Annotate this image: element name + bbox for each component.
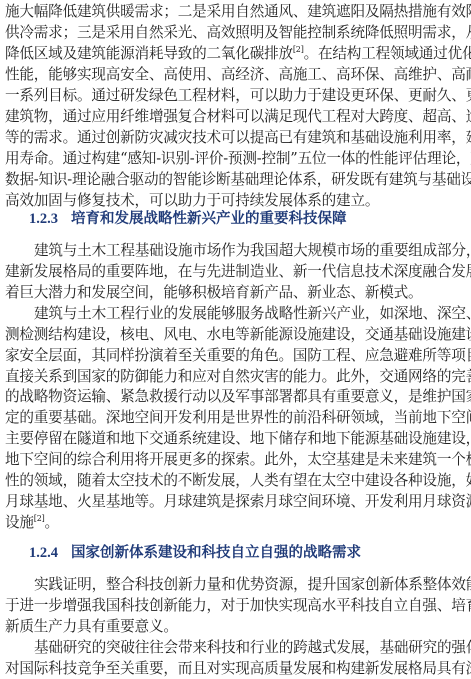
text-line: 的战略物资运输、紧急救援行动以及军事部署都具有重要意义，是维护国家安全稳 [5,386,467,408]
text-line: 定的重要基础。深地空间开发利用是世界性的前沿科研领域，当前地下空间的使用 [5,407,467,429]
text-line: 一系列目标。通过研发绿色工程材料，可以助力于建设更环保、更耐久、更低碳的 [5,85,467,107]
text-line: 着巨大潜力和发展空间，能够积极培育新产品、新业态、新模式。 [5,282,467,304]
text-line: 供冷需求；三是采用自然采光、高效照明及智能控制系统降低照明需求，从而大幅 [5,22,467,44]
text-line: 主要停留在隧道和地下交通系统建设、地下储存和地下能源基础设施建设，未来对 [5,428,467,450]
text-line: 月球基地、火星基地等。月球建筑是探索月球空间环境、开发利用月球资源必需的 [5,491,467,513]
text-line: 地下空间的综合利用将开展更多的探索。此外，太空基建是未来建筑一个极具挑战 [5,449,467,471]
text-line: 数据-知识-理论融合驱动的智能诊断基础理论体系，研发既有建筑与基础设施的 [5,169,467,191]
section-heading-1-2-3: 1.2.3培育和发展战略性新兴产业的重要科技保障 [29,209,347,229]
text-line: 性的领域，随着太空技术的不断发展，人类有望在太空中建设各种设施，如空间站、 [5,470,467,492]
citation: [2] [34,514,45,523]
text-line: 于进一步增强我国科技创新能力，对于加快实现高水平科技自立自强、培育和发展 [5,595,467,617]
text-line: 实践证明，整合科技创新力量和优势资源，提升国家创新体系整体效能，有利 [5,574,467,596]
text-span: 降低区域及建筑能源消耗导致的二氧化碳排放 [5,45,293,62]
text-line: 建新发展格局的重要阵地，在与先进制造业、新一代信息技术深度融合发展方面有 [5,261,467,283]
text-line: 家安全层面，其同样扮演着至关重要的角色。国防工程、应急避难所等项目的建设， [5,345,467,367]
text-line: 降低区域及建筑能源消耗导致的二氧化碳排放[2]。在结构工程领域通过优化结构 [5,43,467,65]
text-line: 建筑物，通过应用纤维增强复合材料可以满足现代工程对大跨度、超高、造型复杂 [5,106,467,128]
citation: [2] [293,45,304,54]
text-line: 基础研究的突破往往会带来科技和行业的跨越式发展，基础研究的强化不仅 [5,637,467,659]
text-line: 等的需求。通过创新防灾减灾技术可以提高已有建筑和基础设施利用率，延长使 [5,127,467,149]
text-line: 设施[2]。 [5,512,467,534]
text-span: 。在结构工程领域通过优化结构 [304,45,471,62]
section-heading-1-2-4: 1.2.4国家创新体系建设和科技自立自强的战略需求 [29,543,361,563]
text-line: 对国际科技竞争至关重要，而且对实现高质量发展和构建新发展格局具有深远影 [5,658,467,679]
text-line: 直接关系到国家的防御能力和应对自然灾害的能力。此外，交通网络的完善对国家 [5,366,467,388]
text-span: 设施 [5,514,34,531]
section-number: 1.2.3 [29,209,71,229]
text-line: 施大幅降低建筑供暖需求；二是采用自然通风、建筑遮阳及隔热措施有效降低建筑 [5,1,467,23]
section-title: 培育和发展战略性新兴产业的重要科技保障 [71,211,347,227]
text-line: 测检测结构建设，核电、风电、水电等新能源设施建设，交通基础设施建设等。在国 [5,324,467,346]
text-line: 用寿命。通过构建“感知-识别-评价-预测-控制”五位一体的性能评估理论，建立 [5,148,467,170]
section-title: 国家创新体系建设和科技自立自强的战略需求 [71,545,361,561]
text-line: 建筑与土木工程行业的发展能够服务战略性新兴产业，如深地、深空、深海探 [5,303,467,325]
text-line: 性能，能够实现高安全、高使用、高经济、高施工、高环保、高维护、高耐久、高抗灾等 [5,64,467,86]
text-line: 新质生产力具有重要意义。 [5,616,467,638]
section-number: 1.2.4 [29,543,71,563]
text-line: 建筑与土木工程基础设施市场作为我国超大规模市场的重要组成部分，是构 [5,240,467,262]
text-span: 。 [45,514,59,531]
